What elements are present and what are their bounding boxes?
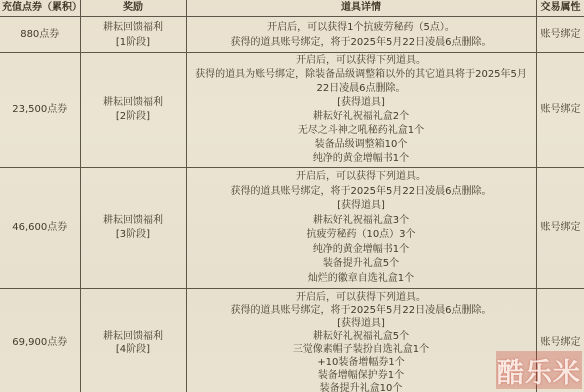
trade-attribute: 账号绑定 <box>536 289 584 392</box>
item-details: 开启后，可以获得1个抗疲劳秘药（5点）。获得的道具账号绑定，将于2025年5月2… <box>186 17 536 53</box>
text-line: +10装备增幅券1个 <box>189 356 534 369</box>
header-reward: 奖励 <box>80 0 186 17</box>
header-detail: 道具详情 <box>186 0 536 17</box>
header-points: 充值点券（累积） <box>0 0 80 17</box>
points-value: 69,900点券 <box>0 289 80 392</box>
table-row: 46,600点券 耕耘回馈福利[3阶段] 开启后，可以获得下列道具。获得的道具账… <box>0 168 584 289</box>
text-line: [4阶段] <box>83 343 184 356</box>
text-line: 开启后，可以获得下列道具。 <box>189 170 534 185</box>
text-line: [2阶段] <box>83 110 184 124</box>
text-line: 耕耘好礼祝福礼盒5个 <box>189 330 534 343</box>
text-line: 耕耘回馈福利 <box>83 20 184 35</box>
text-line: 开启后，可以获得1个抗疲劳秘药（5点）。 <box>189 20 534 35</box>
header-trade: 交易属性 <box>536 0 584 17</box>
text-line: 装备品级调整箱10个 <box>189 138 534 152</box>
text-line: 装备提升礼盒5个 <box>189 257 534 272</box>
trade-attribute: 账号绑定 <box>536 53 584 168</box>
text-line: 22日凌晨6点删除。 <box>189 82 534 96</box>
points-value: 23,500点券 <box>0 53 80 168</box>
table-row: 23,500点券 耕耘回馈福利[2阶段] 开启后，可以获得下列道具。获得的道具为… <box>0 53 584 168</box>
text-line: 耕耘回馈福利 <box>83 330 184 343</box>
text-line: [获得道具] <box>189 317 534 330</box>
text-line: 获得的道具账号绑定，将于2025年5月22日凌晨6点删除。 <box>189 185 534 200</box>
text-line: 耕耘好礼祝福礼盒3个 <box>189 214 534 229</box>
text-line: 三觉像素帽子装扮自选礼盒1个 <box>189 343 534 356</box>
reward-table: 充值点券（累积） 奖励 道具详情 交易属性 880点券 耕耘回馈福利[1阶段] … <box>0 0 584 392</box>
header-row: 充值点券（累积） 奖励 道具详情 交易属性 <box>0 0 584 17</box>
trade-attribute: 账号绑定 <box>536 17 584 53</box>
item-details: 开启后，可以获得下列道具。获得的道具账号绑定，将于2025年5月22日凌晨6点删… <box>186 289 536 392</box>
reward-name: 耕耘回馈福利[3阶段] <box>80 168 186 289</box>
reward-name: 耕耘回馈福利[1阶段] <box>80 17 186 53</box>
text-line: 纯净的黄金增幅书1个 <box>189 243 534 258</box>
text-line: 耕耘回馈福利 <box>83 96 184 110</box>
text-line: [1阶段] <box>83 35 184 50</box>
text-line: 开启后，可以获得下列道具。 <box>189 291 534 304</box>
trade-attribute: 账号绑定 <box>536 168 584 289</box>
reward-name: 耕耘回馈福利[4阶段] <box>80 289 186 392</box>
item-details: 开启后，可以获得下列道具。获得的道具账号绑定，将于2025年5月22日凌晨6点删… <box>186 168 536 289</box>
text-line: 纯净的黄金增幅书1个 <box>189 152 534 166</box>
points-value: 880点券 <box>0 17 80 53</box>
table-row: 69,900点券 耕耘回馈福利[4阶段] 开启后，可以获得下列道具。获得的道具账… <box>0 289 584 392</box>
text-line: 获得的道具账号绑定，将于2025年5月22日凌晨6点删除。 <box>189 304 534 317</box>
text-line: [3阶段] <box>83 228 184 243</box>
text-line: 无尽之斗神之吼秘药礼盒1个 <box>189 124 534 138</box>
text-line: 获得的道具为账号绑定，除装备品级调整箱以外的其它道具将于2025年5月 <box>189 68 534 82</box>
text-line: 耕耘好礼祝福礼盒2个 <box>189 110 534 124</box>
text-line: 装备提升礼盒10个 <box>189 382 534 392</box>
text-line: 获得的道具账号绑定，将于2025年5月22日凌晨6点删除。 <box>189 35 534 50</box>
text-line: [获得道具] <box>189 96 534 110</box>
reward-name: 耕耘回馈福利[2阶段] <box>80 53 186 168</box>
text-line: 灿烂的徽章自选礼盒1个 <box>189 272 534 287</box>
text-line: 开启后，可以获得下列道具。 <box>189 54 534 68</box>
text-line: [获得道具] <box>189 199 534 214</box>
page: { "page": { "bg_color": "#eae2d1", "text… <box>0 0 584 392</box>
table-row: 880点券 耕耘回馈福利[1阶段] 开启后，可以获得1个抗疲劳秘药（5点）。获得… <box>0 17 584 53</box>
text-line: 耕耘回馈福利 <box>83 214 184 229</box>
text-line: 装备增幅保护券1个 <box>189 369 534 382</box>
text-line: 抗疲劳秘药（10点）3个 <box>189 228 534 243</box>
item-details: 开启后，可以获得下列道具。获得的道具为账号绑定，除装备品级调整箱以外的其它道具将… <box>186 53 536 168</box>
points-value: 46,600点券 <box>0 168 80 289</box>
